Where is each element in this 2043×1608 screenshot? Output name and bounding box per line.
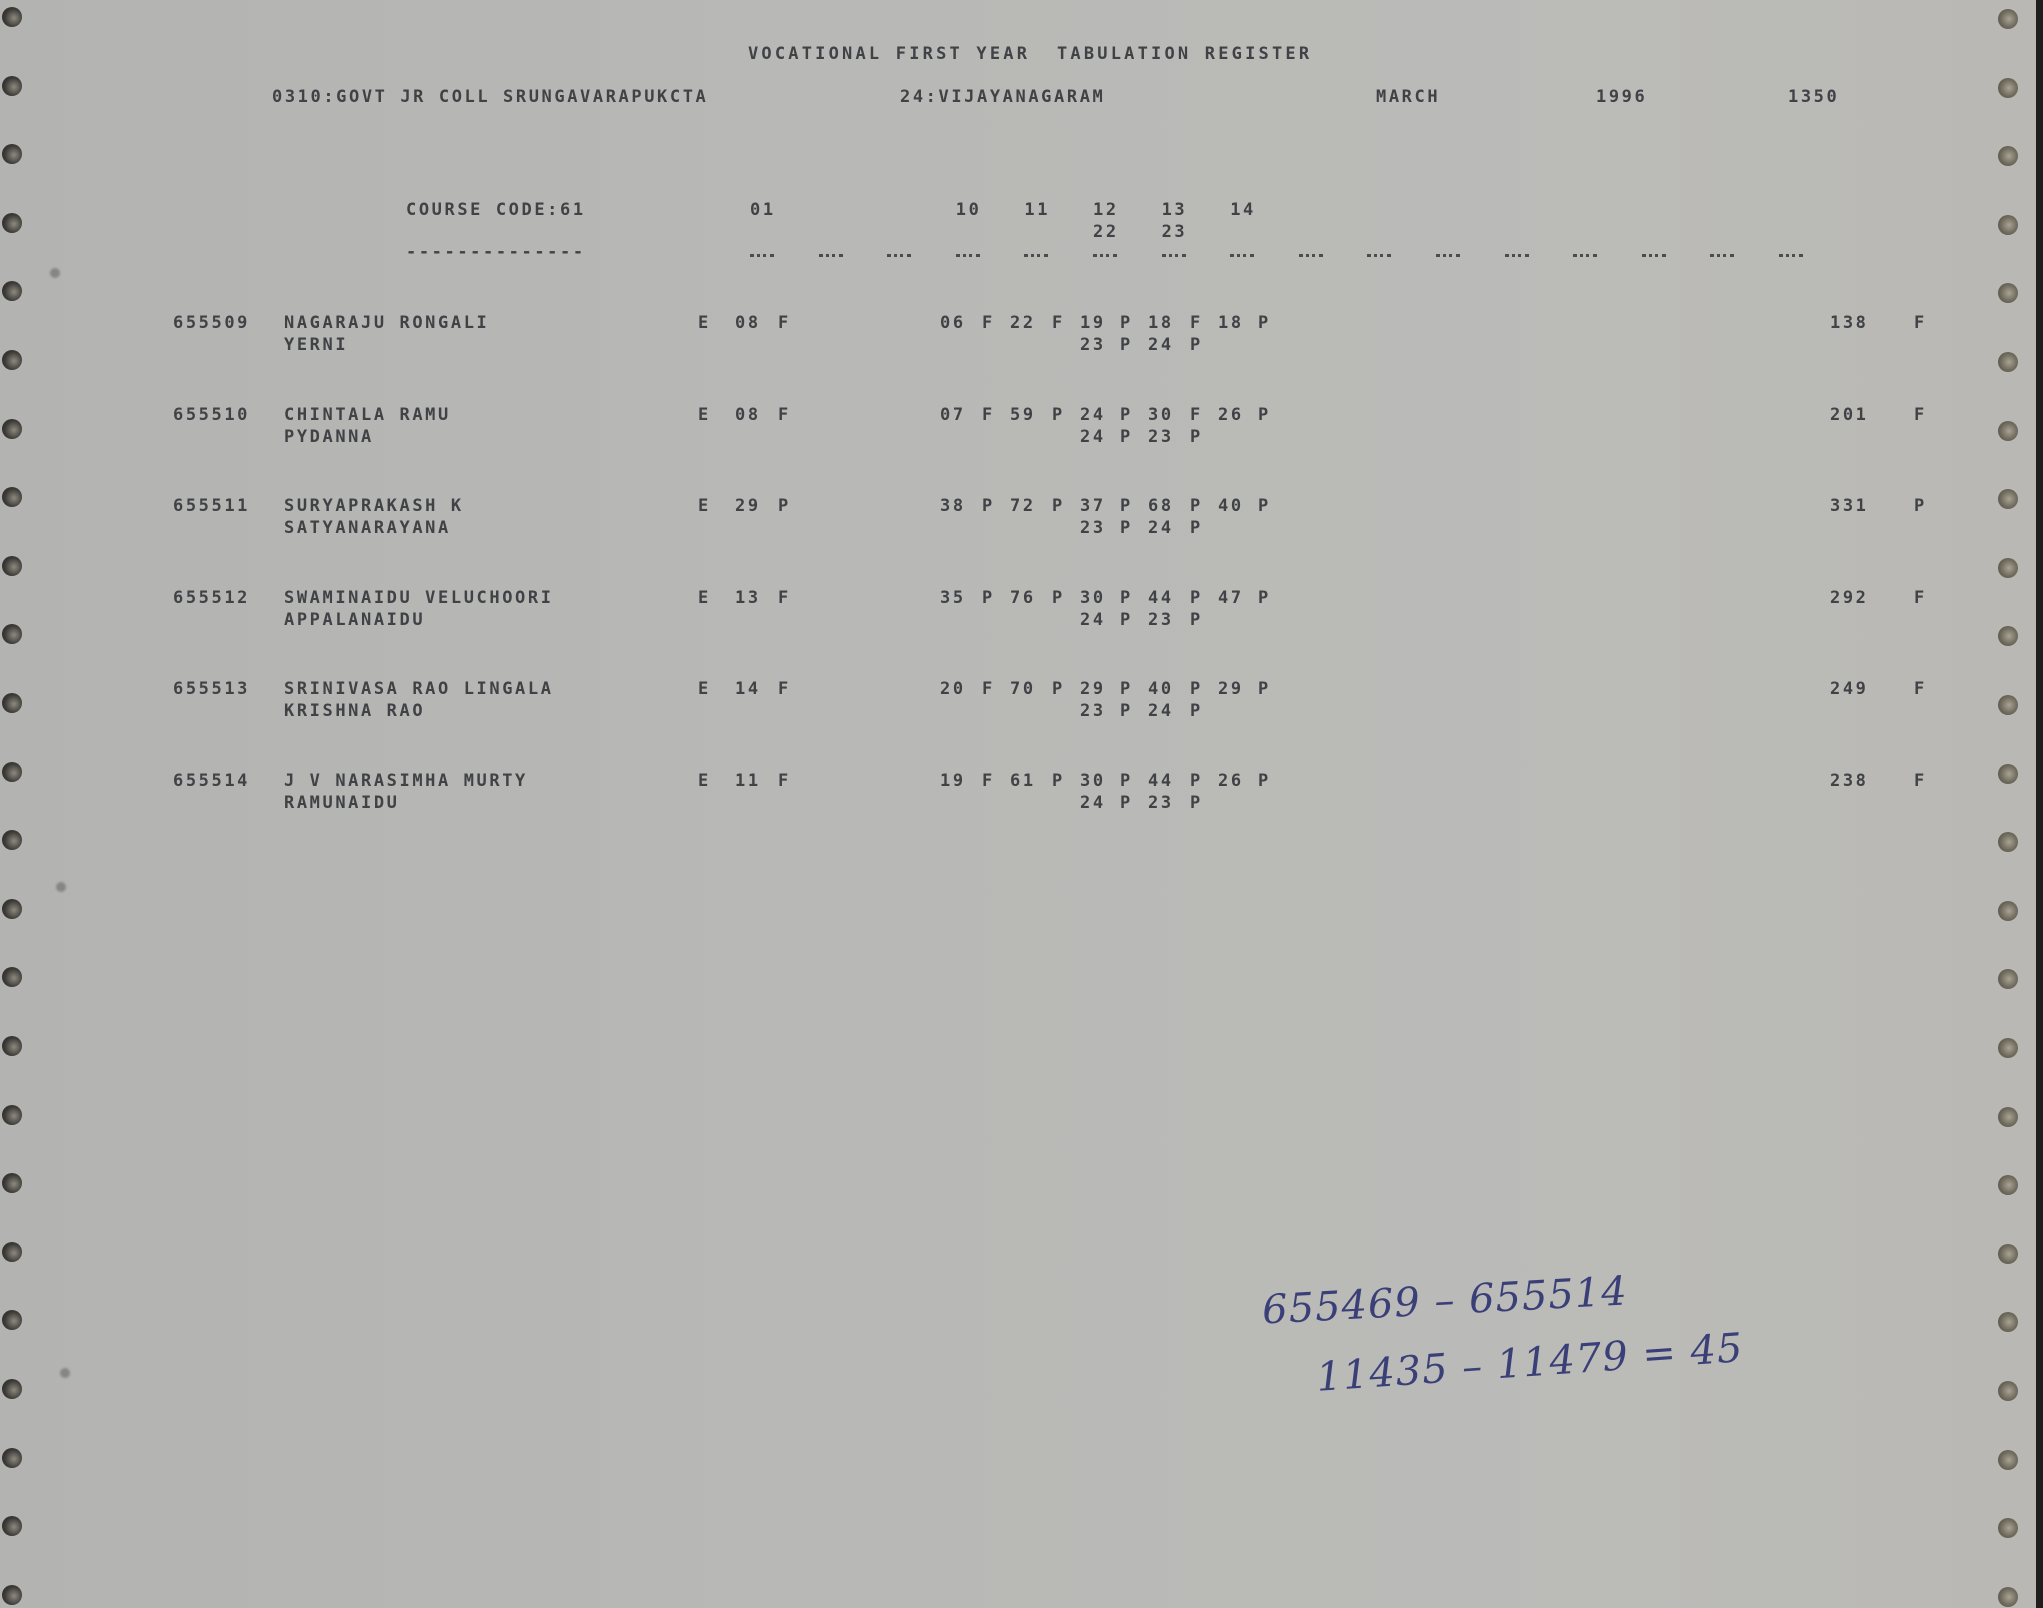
subject-marks: 47 [1218,588,1244,608]
subject-grade: P [1190,427,1203,447]
subject-marks: 30 [1080,588,1106,608]
column-separator [1436,254,1460,260]
final-result: F [1914,313,1927,333]
subject-grade: P [1190,701,1203,721]
subject-01-marks: 08 [735,313,761,333]
subject-marks: 59 [1010,405,1036,425]
subject-grade: F [1052,313,1065,333]
student-name: SURYAPRAKASH K [284,496,464,516]
feed-hole-icon [2,1242,22,1262]
subject-grade: P [1258,496,1271,516]
district-name: 24:VIJAYANAGARAM [900,87,1105,107]
feed-hole-icon [1998,764,2018,784]
subject-01-grade: F [778,313,791,333]
feed-hole-icon [2,1448,22,1468]
feed-hole-icon [2,7,22,27]
feed-hole-icon [1998,1107,2018,1127]
subject-marks: 23 [1080,518,1106,538]
subject-code: 11 [1024,200,1050,220]
medium-code: E [698,679,711,699]
feed-hole-icon [2,1105,22,1125]
subject-grade: P [982,496,995,516]
parent-name: PYDANNA [284,427,374,447]
subject-grade: P [1052,588,1065,608]
subject-marks: 76 [1010,588,1036,608]
student-name: SWAMINAIDU VELUCHOORI [284,588,554,608]
feed-hole-icon [1998,1038,2018,1058]
subject-marks: 24 [1080,427,1106,447]
total-marks: 331 [1830,496,1869,516]
subject-marks: 72 [1010,496,1036,516]
subject-grade: P [1190,588,1203,608]
subject-grade: P [1120,793,1133,813]
roll-number: 655513 [173,679,250,699]
column-separator [819,254,843,260]
column-separator [1299,254,1323,260]
feed-hole-icon [1998,78,2018,98]
subject-grade: P [1190,496,1203,516]
subject-marks: 23 [1148,793,1174,813]
subject-marks: 06 [940,313,966,333]
exam-year: 1996 [1596,87,1647,107]
subject-marks: 44 [1148,588,1174,608]
subject-grade: P [982,588,995,608]
column-separator [956,254,980,260]
subject-marks: 23 [1148,427,1174,447]
subject-grade: F [982,679,995,699]
feed-hole-icon [1998,1381,2018,1401]
subject-grade: P [1190,793,1203,813]
feed-hole-icon [1998,695,2018,715]
subject-grade: P [1120,771,1133,791]
parent-name: APPALANAIDU [284,610,425,630]
feed-hole-icon [1998,215,2018,235]
subject-grade: P [1120,405,1133,425]
subject-grade: P [1052,679,1065,699]
subject-grade: F [1190,313,1203,333]
subject-grade: P [1120,610,1133,630]
subject-marks: 38 [940,496,966,516]
subject-grade: P [1120,518,1133,538]
subject-grade: P [1120,313,1133,333]
subject-marks: 24 [1148,518,1174,538]
subject-marks: 40 [1148,679,1174,699]
column-separator [1779,254,1803,260]
feed-hole-icon [2,556,22,576]
subject-grade: P [1052,405,1065,425]
final-result: F [1914,588,1927,608]
subject-grade: P [1120,588,1133,608]
feed-hole-icon [1998,1244,2018,1264]
subject-marks: 35 [940,588,966,608]
column-separator [1230,254,1254,260]
parent-name: RAMUNAIDU [284,793,400,813]
exam-month: MARCH [1376,87,1440,107]
medium-code: E [698,313,711,333]
subject-01-grade: F [778,679,791,699]
subject-01-marks: 11 [735,771,761,791]
column-separator [1573,254,1597,260]
total-marks: 238 [1830,771,1869,791]
total-marks: 292 [1830,588,1869,608]
subject-code: 10 [956,200,982,220]
subject-marks: 37 [1080,496,1106,516]
subject-01-grade: F [778,588,791,608]
subject-marks: 19 [1080,313,1106,333]
subject-grade: P [1120,496,1133,516]
student-name: NAGARAJU RONGALI [284,313,489,333]
parent-name: SATYANARAYANA [284,518,451,538]
final-result: P [1914,496,1927,516]
student-name: J V NARASIMHA MURTY [284,771,528,791]
column-separator [1162,254,1186,260]
total-marks: 138 [1830,313,1869,333]
feed-hole-icon [2,76,22,96]
subject-grade: P [1120,427,1133,447]
subject-marks: 30 [1080,771,1106,791]
paper-speck [60,1368,70,1378]
subject-marks: 22 [1010,313,1036,333]
subject-marks: 18 [1218,313,1244,333]
subject-01-grade: P [778,496,791,516]
subject-code: 01 [750,200,776,220]
subject-subcode: 23 [1162,222,1188,242]
subject-marks: 23 [1080,701,1106,721]
subject-grade: P [1120,701,1133,721]
final-result: F [1914,771,1927,791]
roll-number: 655512 [173,588,250,608]
subject-01-marks: 08 [735,405,761,425]
subject-marks: 30 [1148,405,1174,425]
subject-marks: 23 [1080,335,1106,355]
feed-hole-icon [2,1585,22,1605]
subject-marks: 18 [1148,313,1174,333]
roll-number: 655511 [173,496,250,516]
course-underline: -------------- [406,242,586,262]
total-marks: 249 [1830,679,1869,699]
subject-marks: 26 [1218,771,1244,791]
feed-hole-icon [1998,9,2018,29]
subject-marks: 24 [1080,405,1106,425]
subject-marks: 19 [940,771,966,791]
subject-code: 13 [1162,200,1188,220]
paper-speck [56,882,66,892]
paper-speck [50,268,60,278]
subject-marks: 07 [940,405,966,425]
parent-name: YERNI [284,335,348,355]
subject-marks: 68 [1148,496,1174,516]
feed-hole-icon [2,899,22,919]
subject-grade: F [982,405,995,425]
subject-grade: P [1190,518,1203,538]
subject-grade: P [1258,405,1271,425]
course-code: COURSE CODE:61 [406,200,586,220]
subject-grade: P [1190,335,1203,355]
subject-marks: 24 [1080,793,1106,813]
final-result: F [1914,405,1927,425]
subject-code: 14 [1230,200,1256,220]
final-result: F [1914,679,1927,699]
subject-marks: 29 [1218,679,1244,699]
subject-grade: P [1190,679,1203,699]
subject-marks: 44 [1148,771,1174,791]
subject-marks: 70 [1010,679,1036,699]
total-marks: 201 [1830,405,1869,425]
subject-01-marks: 29 [735,496,761,516]
subject-01-grade: F [778,405,791,425]
column-separator [1642,254,1666,260]
subject-grade: P [1190,771,1203,791]
roll-number: 655514 [173,771,250,791]
subject-grade: P [1120,679,1133,699]
column-separator [750,254,774,260]
subject-grade: P [1258,588,1271,608]
column-separator [1367,254,1391,260]
student-name: CHINTALA RAMU [284,405,451,425]
column-separator [887,254,911,260]
college-name: 0310:GOVT JR COLL SRUNGAVARAPUKCTA [272,87,708,107]
register-title: VOCATIONAL FIRST YEAR TABULATION REGISTE… [748,44,1312,64]
feed-hole-icon [2,350,22,370]
column-separator [1710,254,1734,260]
medium-code: E [698,405,711,425]
feed-hole-icon [1998,1587,2018,1607]
roll-number: 655510 [173,405,250,425]
paper-edge [2036,0,2043,1608]
subject-grade: P [1258,679,1271,699]
subject-marks: 24 [1148,701,1174,721]
column-separator [1093,254,1117,260]
subject-subcode: 22 [1093,222,1119,242]
subject-01-marks: 13 [735,588,761,608]
subject-code: 12 [1093,200,1119,220]
subject-grade: F [982,313,995,333]
medium-code: E [698,771,711,791]
feed-hole-icon [2,419,22,439]
feed-hole-icon [2,1379,22,1399]
column-separator [1024,254,1048,260]
medium-code: E [698,588,711,608]
feed-hole-icon [1998,421,2018,441]
parent-name: KRISHNA RAO [284,701,425,721]
column-separator [1505,254,1529,260]
subject-marks: 23 [1148,610,1174,630]
subject-grade: P [1052,496,1065,516]
subject-grade: P [1258,771,1271,791]
subject-01-marks: 14 [735,679,761,699]
subject-grade: P [1258,313,1271,333]
subject-grade: P [1190,610,1203,630]
page-number: 1350 [1788,87,1839,107]
feed-hole-icon [2,693,22,713]
feed-hole-icon [1998,352,2018,372]
subject-marks: 29 [1080,679,1106,699]
feed-hole-icon [2,213,22,233]
subject-01-grade: F [778,771,791,791]
feed-hole-icon [2,1036,22,1056]
feed-hole-icon [2,762,22,782]
subject-grade: F [982,771,995,791]
feed-hole-icon [1998,1450,2018,1470]
subject-marks: 24 [1080,610,1106,630]
feed-hole-icon [1998,901,2018,921]
student-name: SRINIVASA RAO LINGALA [284,679,554,699]
subject-grade: P [1052,771,1065,791]
medium-code: E [698,496,711,516]
subject-marks: 20 [940,679,966,699]
roll-number: 655509 [173,313,250,333]
subject-marks: 40 [1218,496,1244,516]
subject-marks: 26 [1218,405,1244,425]
subject-marks: 24 [1148,335,1174,355]
subject-grade: F [1190,405,1203,425]
subject-grade: P [1120,335,1133,355]
subject-marks: 61 [1010,771,1036,791]
feed-hole-icon [1998,558,2018,578]
